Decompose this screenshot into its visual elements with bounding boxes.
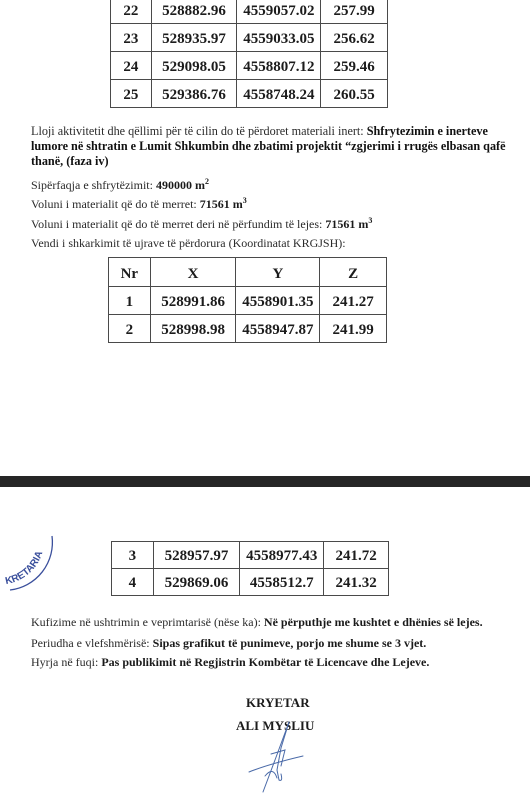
cell-value: 241.27 <box>333 294 374 314</box>
cell-nr: 24 <box>111 52 152 80</box>
cell-value: 22 <box>123 3 138 23</box>
stamp-text: KRETARIA <box>4 550 45 588</box>
cell-value: 4558748.24 <box>243 87 314 107</box>
cell-value: 528991.86 <box>161 294 225 314</box>
surface-value: 490000 m <box>156 178 205 192</box>
cell-x: 528957.97 <box>153 542 240 569</box>
table-row: 23528935.974559033.05256.62 <box>111 24 388 52</box>
cell-x: 529098.05 <box>151 52 237 80</box>
cell-z: 257.99 <box>321 0 388 24</box>
table-row: 1528991.864558901.35241.27 <box>109 287 387 315</box>
cell-x: 528991.86 <box>150 287 236 315</box>
column-header: X <box>150 258 236 287</box>
cell-z: 259.46 <box>321 52 388 80</box>
table-row: 2528998.984558947.87241.99 <box>109 315 387 343</box>
surface-unit-exp: 2 <box>205 177 209 186</box>
restrictions-label: Kufizime në ushtrimin e veprimtarisë (në… <box>31 615 264 629</box>
page-break-band <box>0 476 530 487</box>
cell-nr: 1 <box>109 287 151 315</box>
column-header: Nr <box>109 258 151 287</box>
surface-line: Sipërfaqja e shfrytëzimit: 490000 m2 <box>31 178 209 193</box>
cell-z: 241.99 <box>320 315 387 343</box>
effect-line: Hyrja në fuqi: Pas publikimit në Regjist… <box>31 655 429 670</box>
cell-value: 1 <box>126 294 134 314</box>
cell-y: 4558901.35 <box>236 287 320 315</box>
cell-y: 4558977.43 <box>240 542 324 569</box>
dump-site-label: Vendi i shkarkimit të ujrave të përdorur… <box>31 236 346 250</box>
cell-value: 4 <box>129 575 137 595</box>
activity-paragraph: Lloji aktivitetit dhe qëllimi për të cil… <box>31 124 511 169</box>
stamp-icon: KRETARIA <box>0 528 60 598</box>
column-header-label: Y <box>272 266 283 286</box>
cell-value: 4558947.87 <box>242 322 313 342</box>
effect-value: Pas publikimit në Regjistrin Kombëtar të… <box>101 655 429 669</box>
cell-value: 3 <box>129 548 137 568</box>
cell-value: 528957.97 <box>165 548 229 568</box>
cell-value: 529098.05 <box>162 59 226 79</box>
cell-x: 528998.98 <box>150 315 236 343</box>
cell-value: 24 <box>123 59 138 79</box>
table-header-row: NrXYZ <box>109 258 387 287</box>
dump-coordinates-table-continued: 3528957.974558977.43241.724529869.064558… <box>111 541 389 596</box>
cell-value: 528882.96 <box>162 3 226 23</box>
cell-value: 259.46 <box>334 59 375 79</box>
cell-nr: 25 <box>111 80 152 108</box>
validity-value: Sipas grafikut të punimeve, porjo me shu… <box>153 636 427 650</box>
cell-x: 528882.96 <box>151 0 237 24</box>
cell-y: 4558807.12 <box>237 52 321 80</box>
cell-z: 241.72 <box>324 542 389 569</box>
volume-total-value: 71561 m <box>325 217 368 231</box>
cell-value: 241.72 <box>335 548 376 568</box>
cell-x: 529386.76 <box>151 80 237 108</box>
coordinates-table-top: 22528882.964559057.02257.9923528935.9745… <box>110 0 388 108</box>
cell-value: 4559033.05 <box>243 31 314 51</box>
cell-value: 4558512.7 <box>250 575 314 595</box>
cell-value: 528998.98 <box>161 322 225 342</box>
cell-y: 4559057.02 <box>237 0 321 24</box>
cell-value: 4559057.02 <box>243 3 314 23</box>
cell-value: 241.99 <box>333 322 374 342</box>
cell-x: 528935.97 <box>151 24 237 52</box>
cell-y: 4559033.05 <box>237 24 321 52</box>
validity-line: Periudha e vlefshmërisë: Sipas grafikut … <box>31 636 426 651</box>
cell-value: 256.62 <box>334 31 375 51</box>
signature-icon <box>245 720 310 800</box>
cell-value: 4558977.43 <box>246 548 317 568</box>
cell-z: 241.27 <box>320 287 387 315</box>
cell-value: 260.55 <box>334 87 375 107</box>
table-row: 3528957.974558977.43241.72 <box>112 542 389 569</box>
cell-value: 529386.76 <box>162 87 226 107</box>
cell-nr: 23 <box>111 24 152 52</box>
cell-z: 260.55 <box>321 80 388 108</box>
cell-value: 23 <box>123 31 138 51</box>
table-row: 4529869.064558512.7241.32 <box>112 569 389 596</box>
column-header-label: X <box>188 266 199 286</box>
table-row: 24529098.054558807.12259.46 <box>111 52 388 80</box>
effect-label: Hyrja në fuqi: <box>31 655 101 669</box>
cell-y: 4558748.24 <box>237 80 321 108</box>
dump-coordinates-table: NrXYZ 1528991.864558901.35241.272528998.… <box>108 257 387 343</box>
volume-value: 71561 m <box>200 197 243 211</box>
cell-nr: 4 <box>112 569 154 596</box>
cell-value: 529869.06 <box>165 575 229 595</box>
restrictions-line: Kufizime në ushtrimin e veprimtarisë (në… <box>31 615 483 630</box>
cell-value: 4558901.35 <box>242 294 313 314</box>
cell-y: 4558512.7 <box>240 569 324 596</box>
cell-x: 529869.06 <box>153 569 240 596</box>
dump-site-line: Vendi i shkarkimit të ujrave të përdorur… <box>31 236 346 251</box>
signature-title: KRYETAR <box>246 695 310 711</box>
cell-value: 25 <box>123 87 138 107</box>
validity-label: Periudha e vlefshmërisë: <box>31 636 153 650</box>
cell-nr: 22 <box>111 0 152 24</box>
cell-value: 241.32 <box>335 575 376 595</box>
column-header: Z <box>320 258 387 287</box>
cell-nr: 2 <box>109 315 151 343</box>
surface-label: Sipërfaqja e shfrytëzimit: <box>31 178 156 192</box>
cell-y: 4558947.87 <box>236 315 320 343</box>
cell-value: 257.99 <box>334 3 375 23</box>
cell-nr: 3 <box>112 542 154 569</box>
column-header-label: Z <box>348 266 358 286</box>
restrictions-value: Në përputhje me kushtet e dhënies së lej… <box>264 615 483 629</box>
column-header: Y <box>236 258 320 287</box>
svg-text:KRETARIA: KRETARIA <box>4 550 45 588</box>
cell-z: 256.62 <box>321 24 388 52</box>
volume-total-label: Voluni i materialit që do të merret deri… <box>31 217 325 231</box>
cell-value: 528935.97 <box>162 31 226 51</box>
cell-value: 2 <box>126 322 134 342</box>
volume-unit-exp: 3 <box>243 196 247 205</box>
volume-line: Voluni i materialit që do të merret: 715… <box>31 197 247 212</box>
table-row: 22528882.964559057.02257.99 <box>111 0 388 24</box>
cell-z: 241.32 <box>324 569 389 596</box>
column-header-label: Nr <box>121 266 139 286</box>
table-row: 25529386.764558748.24260.55 <box>111 80 388 108</box>
volume-total-unit-exp: 3 <box>368 216 372 225</box>
cell-value: 4558807.12 <box>243 59 314 79</box>
activity-label: Lloji aktivitetit dhe qëllimi për të cil… <box>31 124 367 138</box>
volume-total-line: Voluni i materialit që do të merret deri… <box>31 217 372 232</box>
volume-label: Voluni i materialit që do të merret: <box>31 197 200 211</box>
